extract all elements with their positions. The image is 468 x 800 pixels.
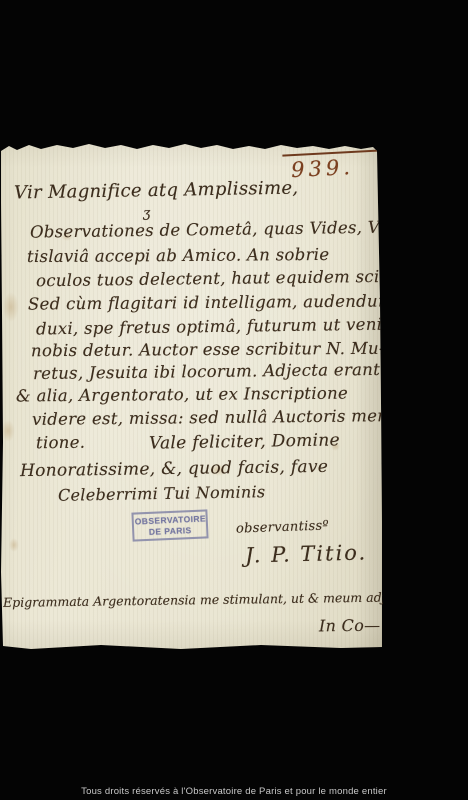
observatoire-stamp: OBSERVATOIRE DE PARIS	[131, 509, 208, 542]
body-line: duxi, spe fretus optimâ, futurum ut veni…	[36, 315, 393, 339]
paper-stain	[1, 420, 15, 442]
photo-frame: 939. Vir Magnifice atq Amplissime, ʒ Obs…	[0, 0, 468, 800]
body-line: tione.	[36, 433, 85, 453]
valediction-line: Vale feliciter, Domine	[149, 430, 340, 453]
paper-stain	[9, 538, 19, 552]
body-line: oculos tuos delectent, haut equidem scio…	[36, 267, 395, 290]
body-line: tislaviâ accepi ab Amico. An sobrie	[27, 245, 330, 266]
body-line: videre est, missa: sed nullâ Auctoris me…	[32, 406, 394, 429]
postscript-continuation: In Co—	[319, 616, 381, 636]
body-line: Sed cùm flagitari id intelligam, audendu…	[28, 291, 394, 313]
paper-stain	[3, 292, 19, 322]
copyright-caption: Tous droits réservés à l'Observatoire de…	[0, 786, 468, 797]
closing-formula: observantissº	[236, 518, 329, 536]
salutation-line: Vir Magnifice atq Amplissime,	[14, 178, 299, 204]
letter-paper: 939. Vir Magnifice atq Amplissime, ʒ Obs…	[1, 142, 382, 650]
valediction-line: Honoratissime, &, quod facis, fave	[20, 457, 328, 481]
body-line: Observationes de Cometâ, quas Vides, Vra…	[30, 217, 404, 241]
body-line: retus, Jesuita ibi locorum. Adjecta eran…	[33, 360, 380, 383]
postscript-line: Epigrammata Argentoratensia me stimulant…	[3, 589, 424, 610]
valediction-line: Celeberrimi Tui Nominis	[58, 482, 266, 505]
signature: J. P. Titio.	[245, 540, 368, 567]
body-line: & alia, Argentorato, ut ex Inscriptione	[16, 384, 348, 406]
que-flourish: ʒ	[143, 206, 151, 221]
body-line: nobis detur. Auctor esse scribitur N. Mu…	[31, 339, 385, 360]
